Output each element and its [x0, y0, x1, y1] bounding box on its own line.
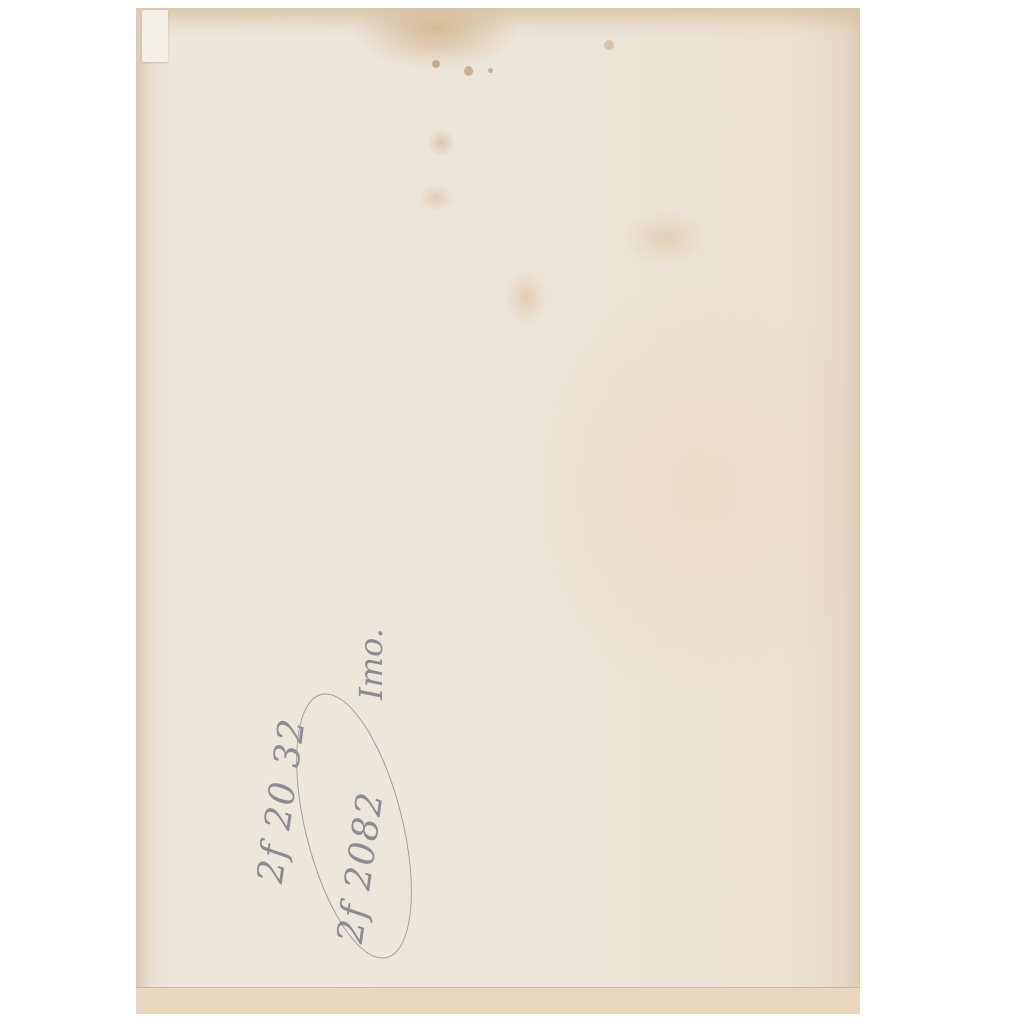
stain-drop — [432, 60, 440, 68]
top-stain-band — [136, 8, 860, 36]
tape-remnant — [142, 10, 168, 62]
paper-card — [136, 8, 860, 1014]
stain-drop — [464, 66, 473, 76]
pencil-note-line-3: Imo. — [352, 628, 390, 700]
stain-drop — [604, 40, 614, 50]
left-edge-shadow — [136, 8, 150, 1014]
stain-drop — [488, 68, 493, 73]
bottom-folded-edge — [136, 987, 860, 1014]
